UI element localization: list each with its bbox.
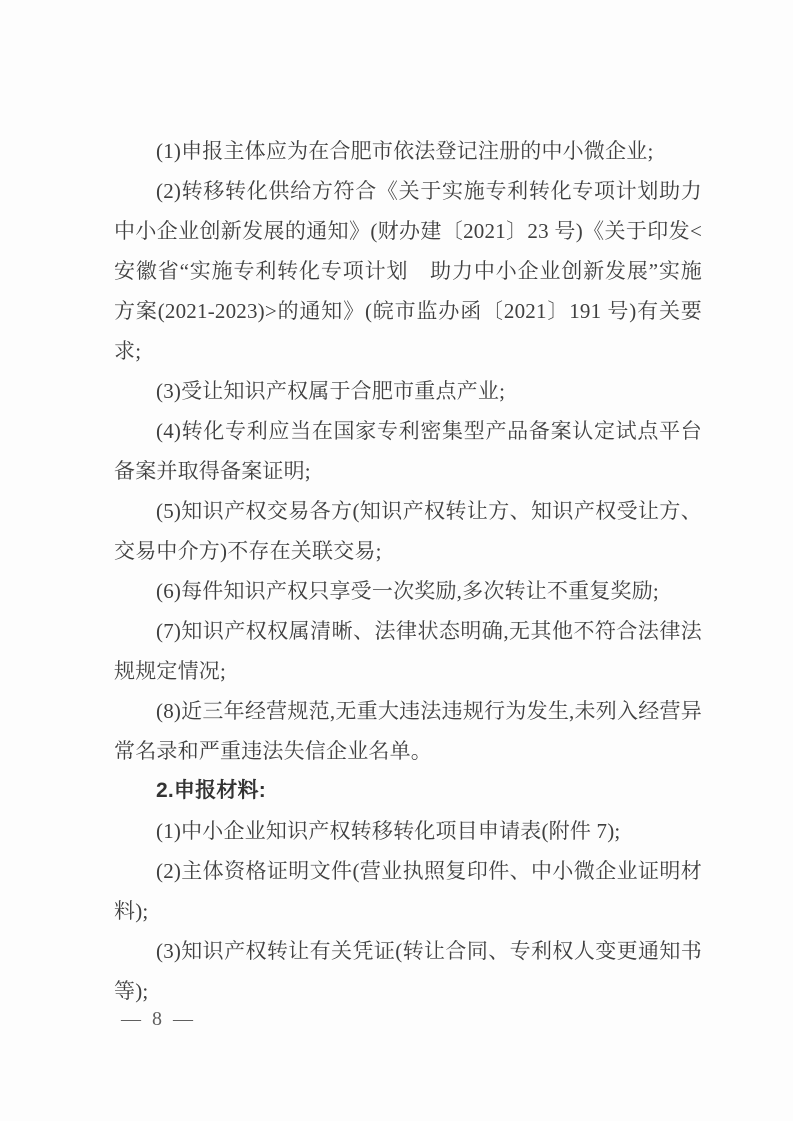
condition-item-1: (1)申报主体应为在合肥市依法登记注册的中小微企业;: [114, 131, 702, 171]
condition-item-8: (8)近三年经营规范,无重大违法违规行为发生,未列入经营异常名录和严重违法失信企…: [114, 691, 702, 771]
material-item-2: (2)主体资格证明文件(营业执照复印件、中小微企业证明材料);: [114, 851, 702, 931]
page-number: — 8 —: [121, 1004, 196, 1034]
document-page: (1)申报主体应为在合肥市依法登记注册的中小微企业; (2)转移转化供给方符合《…: [0, 0, 793, 1121]
condition-item-7: (7)知识产权权属清晰、法律状态明确,无其他不符合法律法规规定情况;: [114, 611, 702, 691]
material-item-3: (3)知识产权转让有关凭证(转让合同、专利权人变更通知书等);: [114, 931, 702, 1011]
document-body: (1)申报主体应为在合肥市依法登记注册的中小微企业; (2)转移转化供给方符合《…: [114, 131, 702, 1011]
condition-item-4: (4)转化专利应当在国家专利密集型产品备案认定试点平台备案并取得备案证明;: [114, 411, 702, 491]
condition-item-5: (5)知识产权交易各方(知识产权转让方、知识产权受让方、交易中介方)不存在关联交…: [114, 491, 702, 571]
section-heading-materials: 2.申报材料:: [114, 771, 702, 811]
condition-item-3: (3)受让知识产权属于合肥市重点产业;: [114, 371, 702, 411]
material-item-1: (1)中小企业知识产权转移转化项目申请表(附件 7);: [114, 811, 702, 851]
condition-item-2: (2)转移转化供给方符合《关于实施专利转化专项计划助力中小企业创新发展的通知》(…: [114, 171, 702, 371]
condition-item-6: (6)每件知识产权只享受一次奖励,多次转让不重复奖励;: [114, 571, 702, 611]
